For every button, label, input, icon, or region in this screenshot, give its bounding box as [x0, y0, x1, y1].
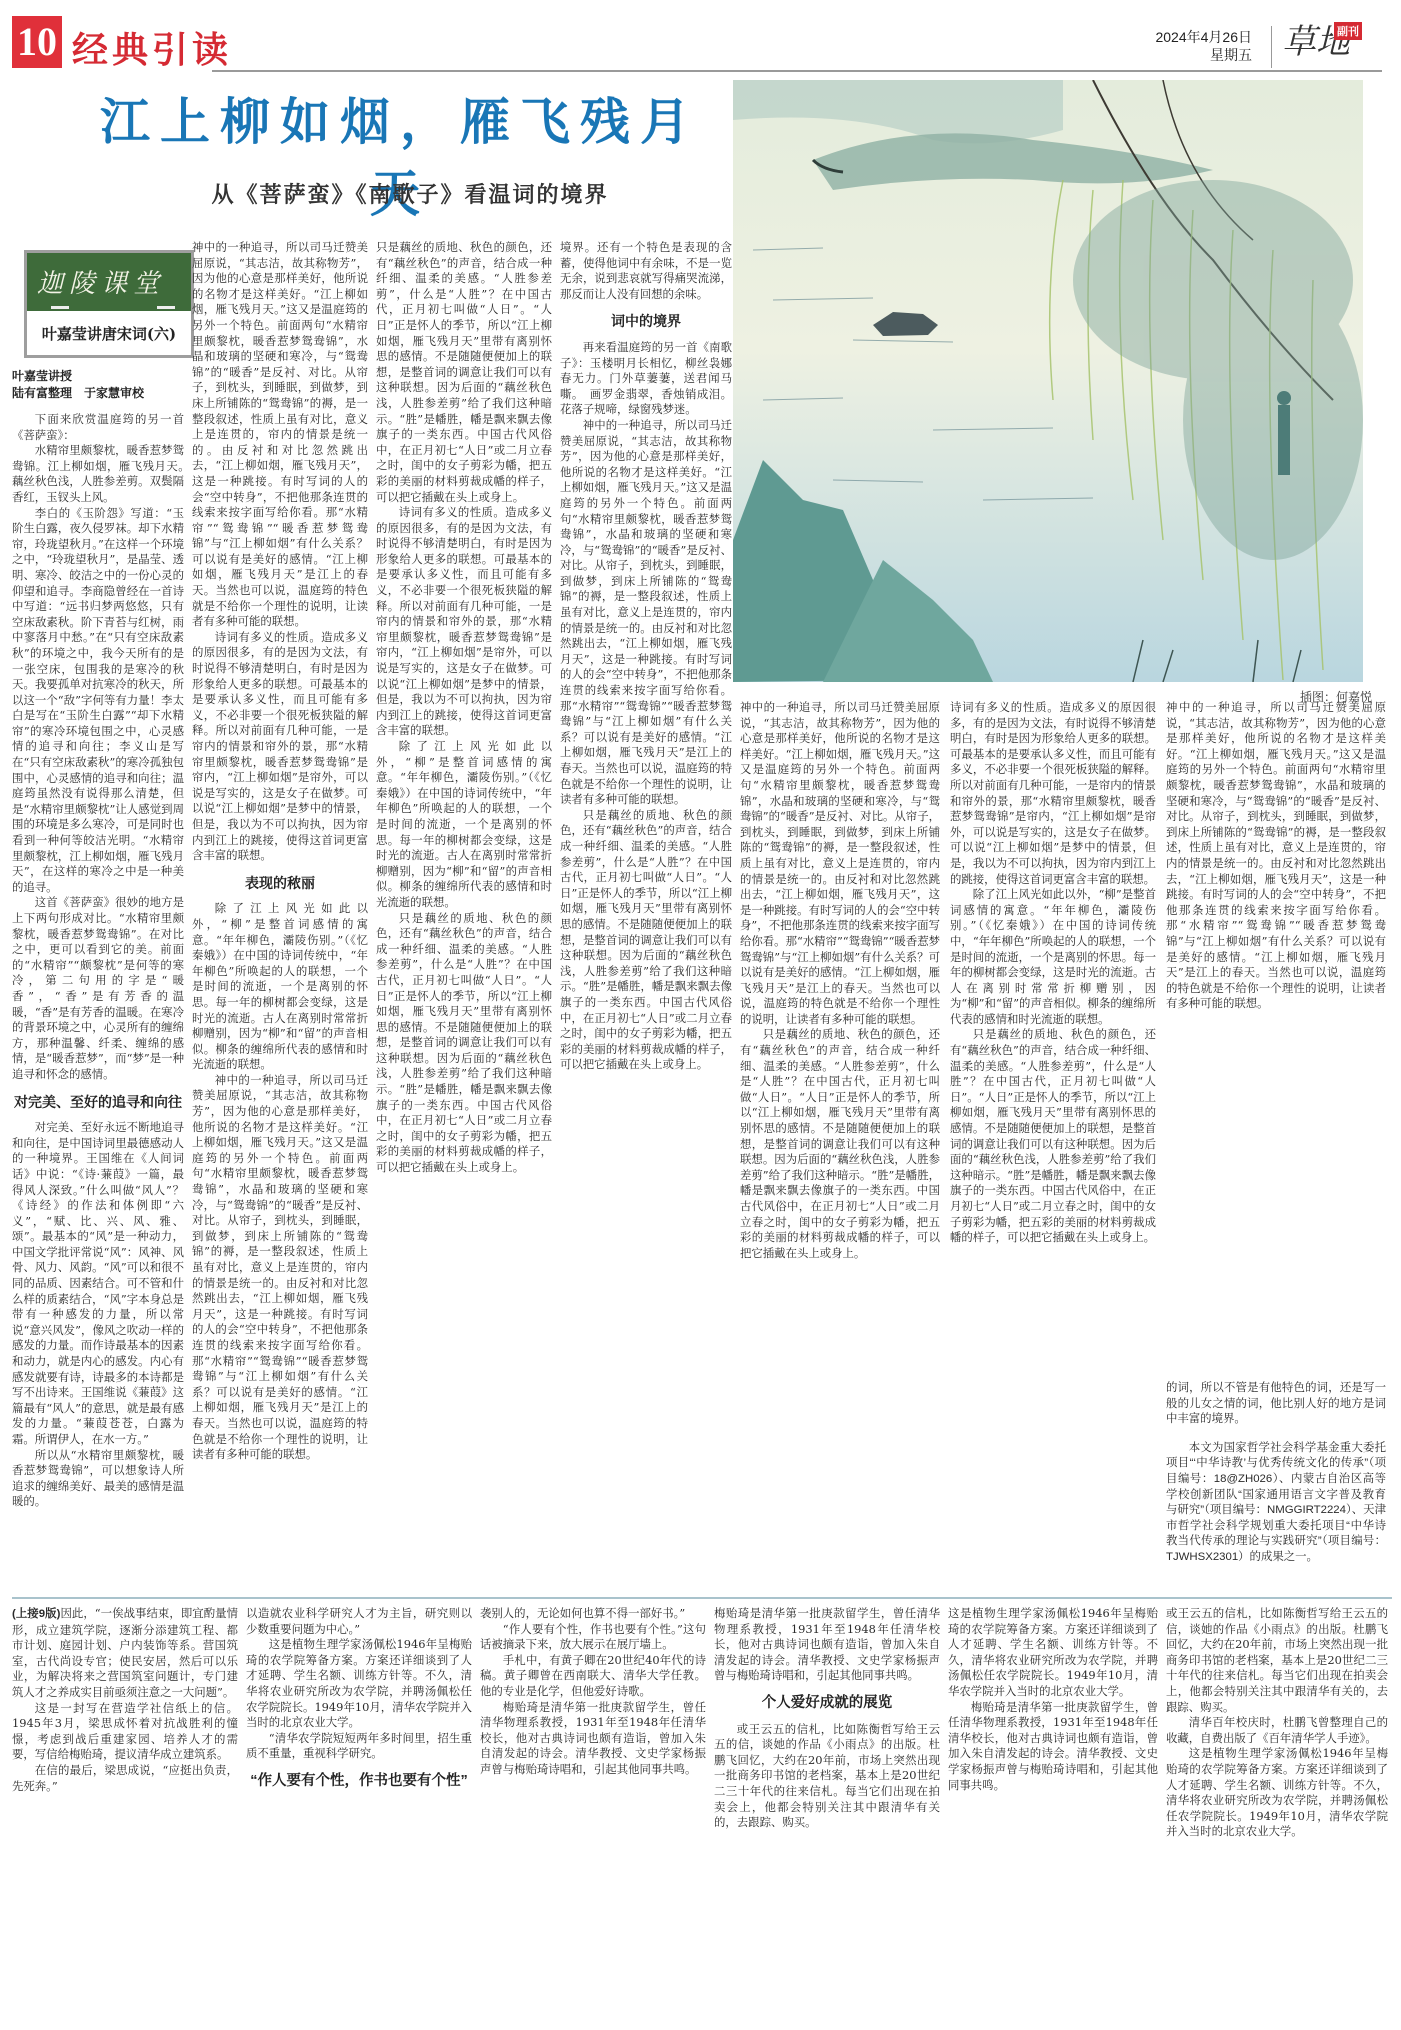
paragraph: 这是一封写在营造学社信纸上的信。1945年3月，梁思成怀着对抗战胜利的憧憬，考虑…	[12, 1701, 238, 1763]
paragraph: 袭别人的，无论如何也算不得一部好书。”	[480, 1606, 706, 1622]
poem-text: 再来看温庭筠的另一首《南歌子》：玉楼明月长相忆，柳丝袅娜春无力。门外草萋萋，送君…	[560, 340, 732, 418]
masthead: 10 经典引读 2024年4月26日 星期五 草地 副刊	[12, 14, 1392, 66]
paragraph: 诗词有多义的性质。造成多义的原因很多，有的是因为文法，有时说得不够清楚明白，有时…	[376, 505, 552, 739]
paragraph: 除了江上风光如此以外，“柳”是整首词感情的寓意。“年年柳色，灞陵伤别。”（《忆秦…	[192, 901, 368, 1073]
paragraph: (上接9版)因此，“一俟战事结束，即宜酌量情形，成立建筑学院，逐渐分添建筑工程、…	[12, 1606, 238, 1701]
paragraph: 神中的一种追寻，所以司马迁赞美屈原说，“其志洁，故其称物芳”，因为他的心意是那样…	[192, 240, 368, 630]
paragraph: 以造就农业科学研究人才为主旨，研究则以少数重要问题为中心。”	[246, 1606, 472, 1637]
funding-note: 本文为国家哲学社会科学基金重大委托项目“‘中华诗教’与优秀传统文化的传承”（项目…	[1166, 1441, 1386, 1566]
article-subheadline: 从《菩萨蛮》《南歌子》看温词的境界	[190, 178, 630, 209]
continued-from-label: (上接9版)	[12, 1608, 60, 1620]
article-column-4: 境界。还有一个特色是表现的含蓄，使得他词中有余味，不是一览无余，说到悲哀就写得痛…	[560, 240, 732, 1582]
paragraph: 或王云五的信札，比如陈衡哲写给王云五的信，谈她的作品《小雨点》的出版。杜鹏飞回忆…	[1166, 1606, 1388, 1715]
paragraph: 境界。还有一个特色是表现的含蓄，使得他词中有余味，不是一览无余，说到悲哀就写得痛…	[560, 240, 732, 302]
paragraph: 梅贻琦是清华第一批庚款留学生，曾任清华物理系教授，1931年至1948年任清华校…	[714, 1606, 940, 1684]
paragraph: 只是藕丝的质地、秋色的颜色，还有“藕丝秋色”的声音，结合成一种纤细、温柔的美感。…	[950, 1027, 1156, 1245]
lower-column-2: 以造就农业科学研究人才为主旨，研究则以少数重要问题为中心。” 这是植物生理学家汤…	[246, 1606, 472, 2026]
paragraph: 这是植物生理学家汤佩松1946年呈梅贻琦的农学院筹备方案。方案还详细谈到了人才延…	[1166, 1746, 1388, 1840]
paragraph: 下面来欣赏温庭筠的另一首《菩萨蛮》：	[12, 412, 184, 443]
paragraph: 对完美、至好永远不断地追寻和向往，是中国诗词里最德感动人的一种境界。王国维在《人…	[12, 1120, 184, 1447]
byline: 叶嘉莹讲授 陆有富整理 于家慧审校	[12, 368, 144, 402]
paragraph: 除了江上风光如此以外，“柳”是整首词感情的寓意。“年年柳色，灞陵伤别。”（《忆秦…	[950, 887, 1156, 1027]
paragraph: 神中的一种追寻，所以司马迁赞美屈原说，“其志洁，故其称物芳”，因为他的心意是那样…	[192, 1073, 368, 1463]
chalkboard-text: 迦陵课堂	[37, 269, 165, 299]
logo-badge: 副刊	[1334, 22, 1362, 40]
lower-column-1: (上接9版)因此，“一俟战事结束，即宜酌量情形，成立建筑学院，逐渐分添建筑工程、…	[12, 1606, 238, 2026]
article-column-6: 诗词有多义的性质。造成多义的原因很多，有的是因为文法，有时说得不够清楚明白，有时…	[950, 700, 1156, 1582]
lower-column-3: 袭别人的，无论如何也算不得一部好书。” “作人要有个性，作书也要有个性。”这句话…	[480, 1606, 706, 2026]
lower-section-heading: 个人爱好成就的展览	[714, 1696, 940, 1712]
paragraph: 李白的《玉阶怨》写道：“玉阶生白露，夜久侵罗袜。却下水精帘，玲珑望秋月。”在这样…	[12, 506, 184, 896]
paragraph: 神中的一种追寻，所以司马迁赞美屈原说，“其志洁，故其称物芳”，因为他的心意是那样…	[1166, 700, 1386, 1380]
paragraph: 梅贻琦是清华第一批庚款留学生，曾任清华物理系教授，1931年至1948年任清华校…	[948, 1700, 1158, 1794]
date-divider	[1271, 26, 1272, 68]
paragraph: 手札中，有黄子卿在20世纪40年代的诗稿。黄子卿曾在西南联大、清华大学任教。他的…	[480, 1653, 706, 1700]
paragraph: 所以从“水精帘里颇黎枕，暖香惹梦鸳鸯锦”，可以想象诗人所追求的缠绵美好、最美的感…	[12, 1448, 184, 1510]
paragraph: 只是藕丝的质地、秋色的颜色，还有“藕丝秋色”的声音，结合成一种纤细、温柔的美感。…	[560, 808, 732, 1073]
lower-column-5: 这是植物生理学家汤佩松1946年呈梅贻琦的农学院筹备方案。方案还详细谈到了人才延…	[948, 1606, 1158, 2026]
paragraph: 只是藕丝的质地、秋色的颜色，还有“藕丝秋色”的声音，结合成一种纤细、温柔的美感。…	[376, 911, 552, 1176]
date-text: 2024年4月26日	[1155, 28, 1252, 46]
section-title: 经典引读	[72, 22, 232, 73]
section-heading: 词中的境界	[560, 314, 732, 330]
paragraph: 或王云五的信札，比如陈衡哲写给王云五的信，谈她的作品《小雨点》的出版。杜鹏飞回忆…	[714, 1722, 940, 1831]
section-heading: 表现的秾丽	[192, 876, 368, 892]
weekday-text: 星期五	[1155, 46, 1252, 64]
chalk-decor	[51, 306, 69, 309]
paragraph: 只是藕丝的质地、秋色的颜色，还有“藕丝秋色”的声音，结合成一种纤细、温柔的美感。…	[376, 240, 552, 505]
issue-date: 2024年4月26日 星期五	[1155, 28, 1252, 64]
paragraph: 梅贻琦是清华第一批庚款留学生，曾任清华物理系教授，1931年至1948年任清华校…	[480, 1700, 706, 1778]
section-divider	[12, 1597, 1392, 1599]
byline-lecturer: 叶嘉莹讲授	[12, 368, 144, 385]
supplement-logo: 草地 副刊	[1282, 14, 1382, 70]
paragraph: 神中的一种追寻，所以司马迁赞美屈原说，“其志洁，故其称物芳”，因为他的心意是那样…	[560, 418, 732, 808]
column-badge: 迦陵课堂 叶嘉莹讲唐宋词(六)	[24, 250, 194, 358]
paragraph: 这首《菩萨蛮》很妙的地方是上下两句形成对比。“水精帘里颇黎枕，暖香惹梦鸳鸯锦”。…	[12, 895, 184, 1082]
section-heading: 对完美、至好的追寻和向往	[12, 1095, 184, 1111]
paragraph: 除了江上风光如此以外，“柳”是整首词感情的寓意。“年年柳色，灞陵伤别。”（《忆秦…	[376, 739, 552, 911]
lower-column-6: 或王云五的信札，比如陈衡哲写给王云五的信，谈她的作品《小雨点》的出版。杜鹏飞回忆…	[1166, 1606, 1388, 2026]
paragraph: 只是藕丝的质地、秋色的颜色，还有“藕丝秋色”的声音，结合成一种纤细、温柔的美感。…	[740, 1027, 940, 1261]
byline-editors: 陆有富整理 于家慧审校	[12, 385, 144, 402]
paragraph: 这是植物生理学家汤佩松1946年呈梅贻琦的农学院筹备方案。方案还详细谈到了人才延…	[948, 1606, 1158, 1700]
closing-paragraph: 的词，所以不管是有他特色的词，还是写一般的儿女之情的词，他比别人好的地方是词中丰…	[1166, 1380, 1386, 1427]
lower-column-4: 梅贻琦是清华第一批庚款留学生，曾任清华物理系教授，1931年至1948年任清华校…	[714, 1606, 940, 2026]
paragraph: 诗词有多义的性质。造成多义的原因很多，有的是因为文法，有时说得不够清楚明白，有时…	[950, 700, 1156, 887]
paragraph: 在信的最后，梁思成说，“应挺出负责，先死奔。”	[12, 1763, 238, 1794]
article-column-2: 神中的一种追寻，所以司马迁赞美屈原说，“其志洁，故其称物芳”，因为他的心意是那样…	[192, 240, 368, 1582]
paragraph: 神中的一种追寻，所以司马迁赞美屈原说，“其志洁，故其称物芳”，因为他的心意是那样…	[740, 700, 940, 1027]
page-number: 10	[12, 16, 62, 68]
paragraph: 诗词有多义的性质。造成多义的原因很多，有的是因为文法，有时说得不够清楚明白，有时…	[192, 630, 368, 864]
article-column-5: 神中的一种追寻，所以司马迁赞美屈原说，“其志洁，故其称物芳”，因为他的心意是那样…	[740, 700, 940, 1582]
paragraph: 清华百年校庆时，杜鹏飞曾整理自己的收藏，自费出版了《百年清华学人手迹》。	[1166, 1715, 1388, 1746]
chalkboard: 迦陵课堂	[27, 253, 191, 311]
illustration-willow-river	[733, 80, 1363, 682]
article-column-1: 下面来欣赏温庭筠的另一首《菩萨蛮》： 水精帘里颇黎枕，暖香惹梦鸳鸯锦。江上柳如烟…	[12, 412, 184, 1582]
article-column-3: 只是藕丝的质地、秋色的颜色，还有“藕丝秋色”的声音，结合成一种纤细、温柔的美感。…	[376, 240, 552, 1582]
article-column-7: 神中的一种追寻，所以司马迁赞美屈原说，“其志洁，故其称物芳”，因为他的心意是那样…	[1166, 700, 1386, 1582]
lower-section-heading: “作人要有个性，作书也要有个性”	[246, 1774, 472, 1790]
paragraph: “作人要有个性，作书也要有个性。”这句话被摘录下来，放大展示在展厅墙上。	[480, 1622, 706, 1653]
poem-text: 水精帘里颇黎枕，暖香惹梦鸳鸯锦。江上柳如烟，雁飞残月天。 藕丝秋色浅，人胜参差剪…	[12, 443, 184, 505]
series-title: 叶嘉莹讲唐宋词(六)	[27, 311, 191, 344]
chalk-decor	[157, 306, 175, 309]
paragraph: “清华农学院短短两年多时间里，招生重质不重量，重视科学研究。	[246, 1731, 472, 1762]
paragraph: 这是植物生理学家汤佩松1946年呈梅贻琦的农学院筹备方案。方案还详细谈到了人才延…	[246, 1637, 472, 1731]
masthead-divider	[212, 70, 1382, 72]
